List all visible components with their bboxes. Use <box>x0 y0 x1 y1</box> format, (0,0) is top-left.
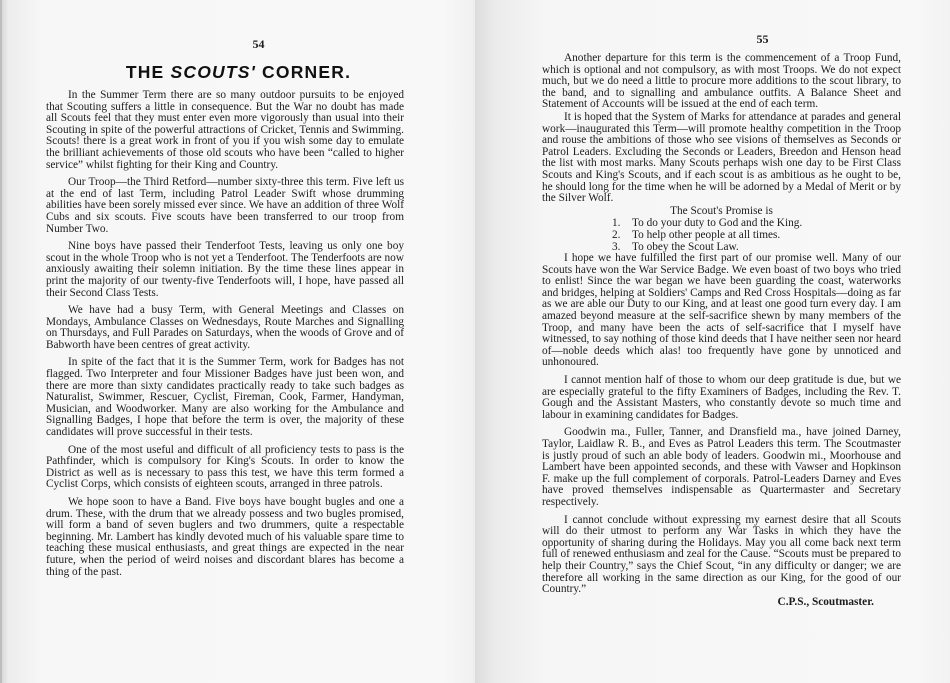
paragraph: I cannot conclude without expressing my … <box>542 515 901 596</box>
left-text-column: In the Summer Term there are so many out… <box>46 90 404 584</box>
promise-item: 2.To help other people at all times. <box>612 230 901 242</box>
promise-list: 1.To do your duty to God and the King. 2… <box>542 218 901 253</box>
paragraph: Our Troop—the Third Retford—number sixty… <box>46 177 404 235</box>
paragraph: We hope soon to have a Band. Five boys h… <box>46 497 404 578</box>
page-number: 55 <box>475 32 950 47</box>
page-title: THE SCOUTS' CORNER. <box>47 62 430 83</box>
paragraph: In spite of the fact that it is the Summ… <box>46 357 404 438</box>
page-number: 54 <box>2 37 475 52</box>
paragraph: Goodwin ma., Fuller, Tanner, and Dransfi… <box>542 427 901 508</box>
paragraph: I hope we have fulfilled the first part … <box>542 253 901 369</box>
promise-heading: The Scout's Promise is <box>542 206 901 218</box>
paragraph: Another departure for this term is the c… <box>542 53 901 111</box>
right-text-column: Another departure for this term is the c… <box>542 53 901 608</box>
book-spread: 54 THE SCOUTS' CORNER. In the Summer Ter… <box>0 0 950 683</box>
paragraph: One of the most useful and difficult of … <box>46 445 404 491</box>
paragraph: I cannot mention half of those to whom o… <box>542 375 901 421</box>
paragraph: It is hoped that the System of Marks for… <box>542 112 901 205</box>
paragraph: We have had a busy Term, with General Me… <box>46 305 404 351</box>
right-page: 55 Another departure for this term is th… <box>475 0 950 683</box>
signature: C.P.S., Scoutmaster. <box>542 597 901 609</box>
left-page: 54 THE SCOUTS' CORNER. In the Summer Ter… <box>0 0 475 683</box>
paragraph: In the Summer Term there are so many out… <box>46 90 404 171</box>
paragraph: Nine boys have passed their Tenderfoot T… <box>46 241 404 299</box>
